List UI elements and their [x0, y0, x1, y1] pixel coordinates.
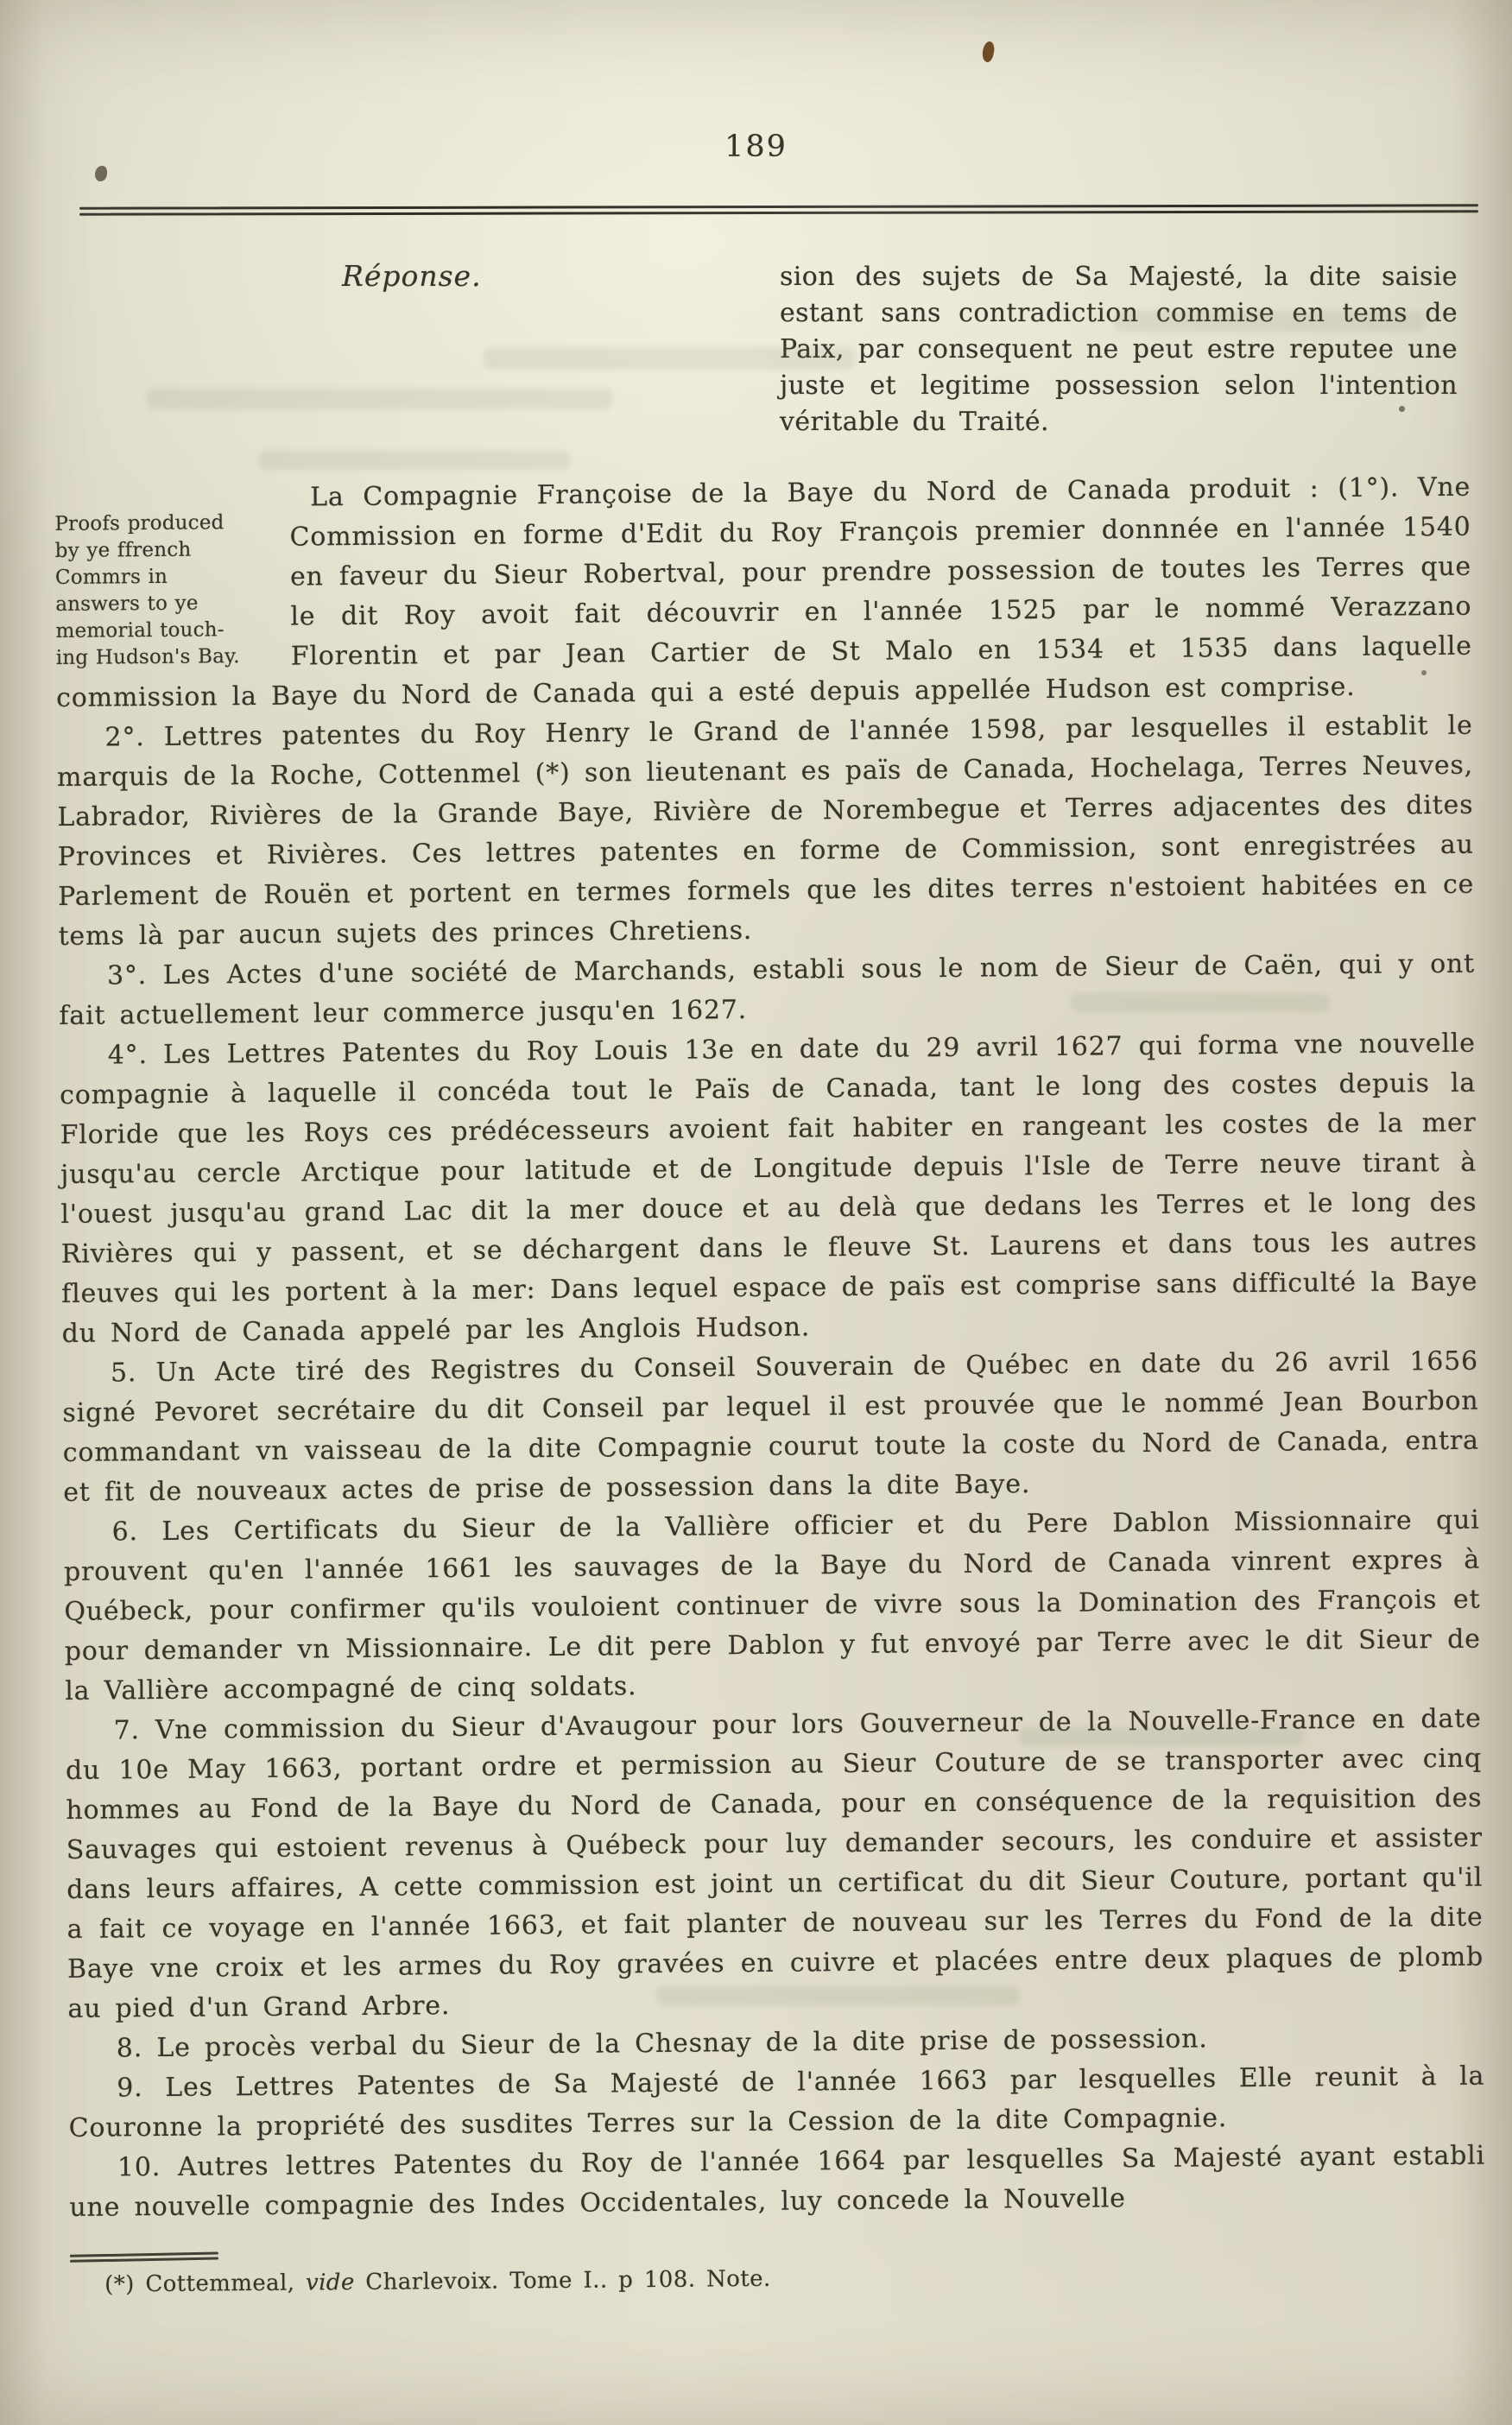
- bleed-through-text: [147, 389, 613, 409]
- margin-note-reponse: Réponse.: [342, 259, 482, 293]
- page-number: 189: [0, 130, 1512, 164]
- footnote-rule: [70, 2252, 218, 2263]
- footnote-prefix: (*) Cottemmeal,: [104, 2270, 306, 2298]
- paragraph-5: 5. Un Acte tiré des Registres du Conseil…: [62, 1342, 1480, 1513]
- paragraph-10: 10. Autres lettres Patentes du Roy de l'…: [69, 2137, 1486, 2228]
- ink-speck: [95, 166, 107, 181]
- footnote: (*) Cottemmeal, vide Charlevoix. Tome I.…: [70, 2258, 1486, 2300]
- margin-note-proofs-text: Proofs produced by ye ffrench Commrs in …: [54, 510, 263, 672]
- paragraph-2: 2°. Lettres patentes du Roy Henry le Gra…: [56, 706, 1474, 957]
- margin-note-proofs: Proofs produced by ye ffrench Commrs in …: [54, 478, 291, 677]
- bleed-through-text: [259, 451, 570, 470]
- paragraph-7: 7. Vne commission du Sieur d'Avaugour po…: [65, 1700, 1484, 2029]
- main-text-block: Proofs produced by ye ffrench Commrs in …: [54, 468, 1486, 2300]
- header-rule-line: [79, 204, 1478, 209]
- footnote-rule-line: [70, 2257, 218, 2263]
- footnote-rule-line: [70, 2252, 218, 2257]
- footnote-suffix: Charlevoix. Tome I.. p 108. Note.: [355, 2266, 771, 2295]
- response-continuation-text: sion des sujets de Sa Majesté, la dite s…: [780, 259, 1458, 440]
- header-rule: [79, 204, 1478, 215]
- ink-speck: [980, 41, 996, 63]
- header-rule-line: [79, 210, 1478, 215]
- paragraph-3: 3°. Les Actes d'une société de Marchands…: [59, 945, 1476, 1036]
- footnote-italic-word: vide: [306, 2270, 355, 2295]
- paragraph-9: 9. Les Lettres Patentes de Sa Majesté de…: [68, 2057, 1485, 2149]
- book-page-scan: 189 Réponse. sion des sujets de Sa Majes…: [0, 0, 1512, 2425]
- paragraph-1: Proofs produced by ye ffrench Commrs in …: [54, 468, 1472, 719]
- paragraph-4: 4°. Les Lettres Patentes du Roy Louis 13…: [60, 1024, 1478, 1354]
- paragraph-6: 6. Les Certificats du Sieur de la Valliè…: [63, 1501, 1481, 1712]
